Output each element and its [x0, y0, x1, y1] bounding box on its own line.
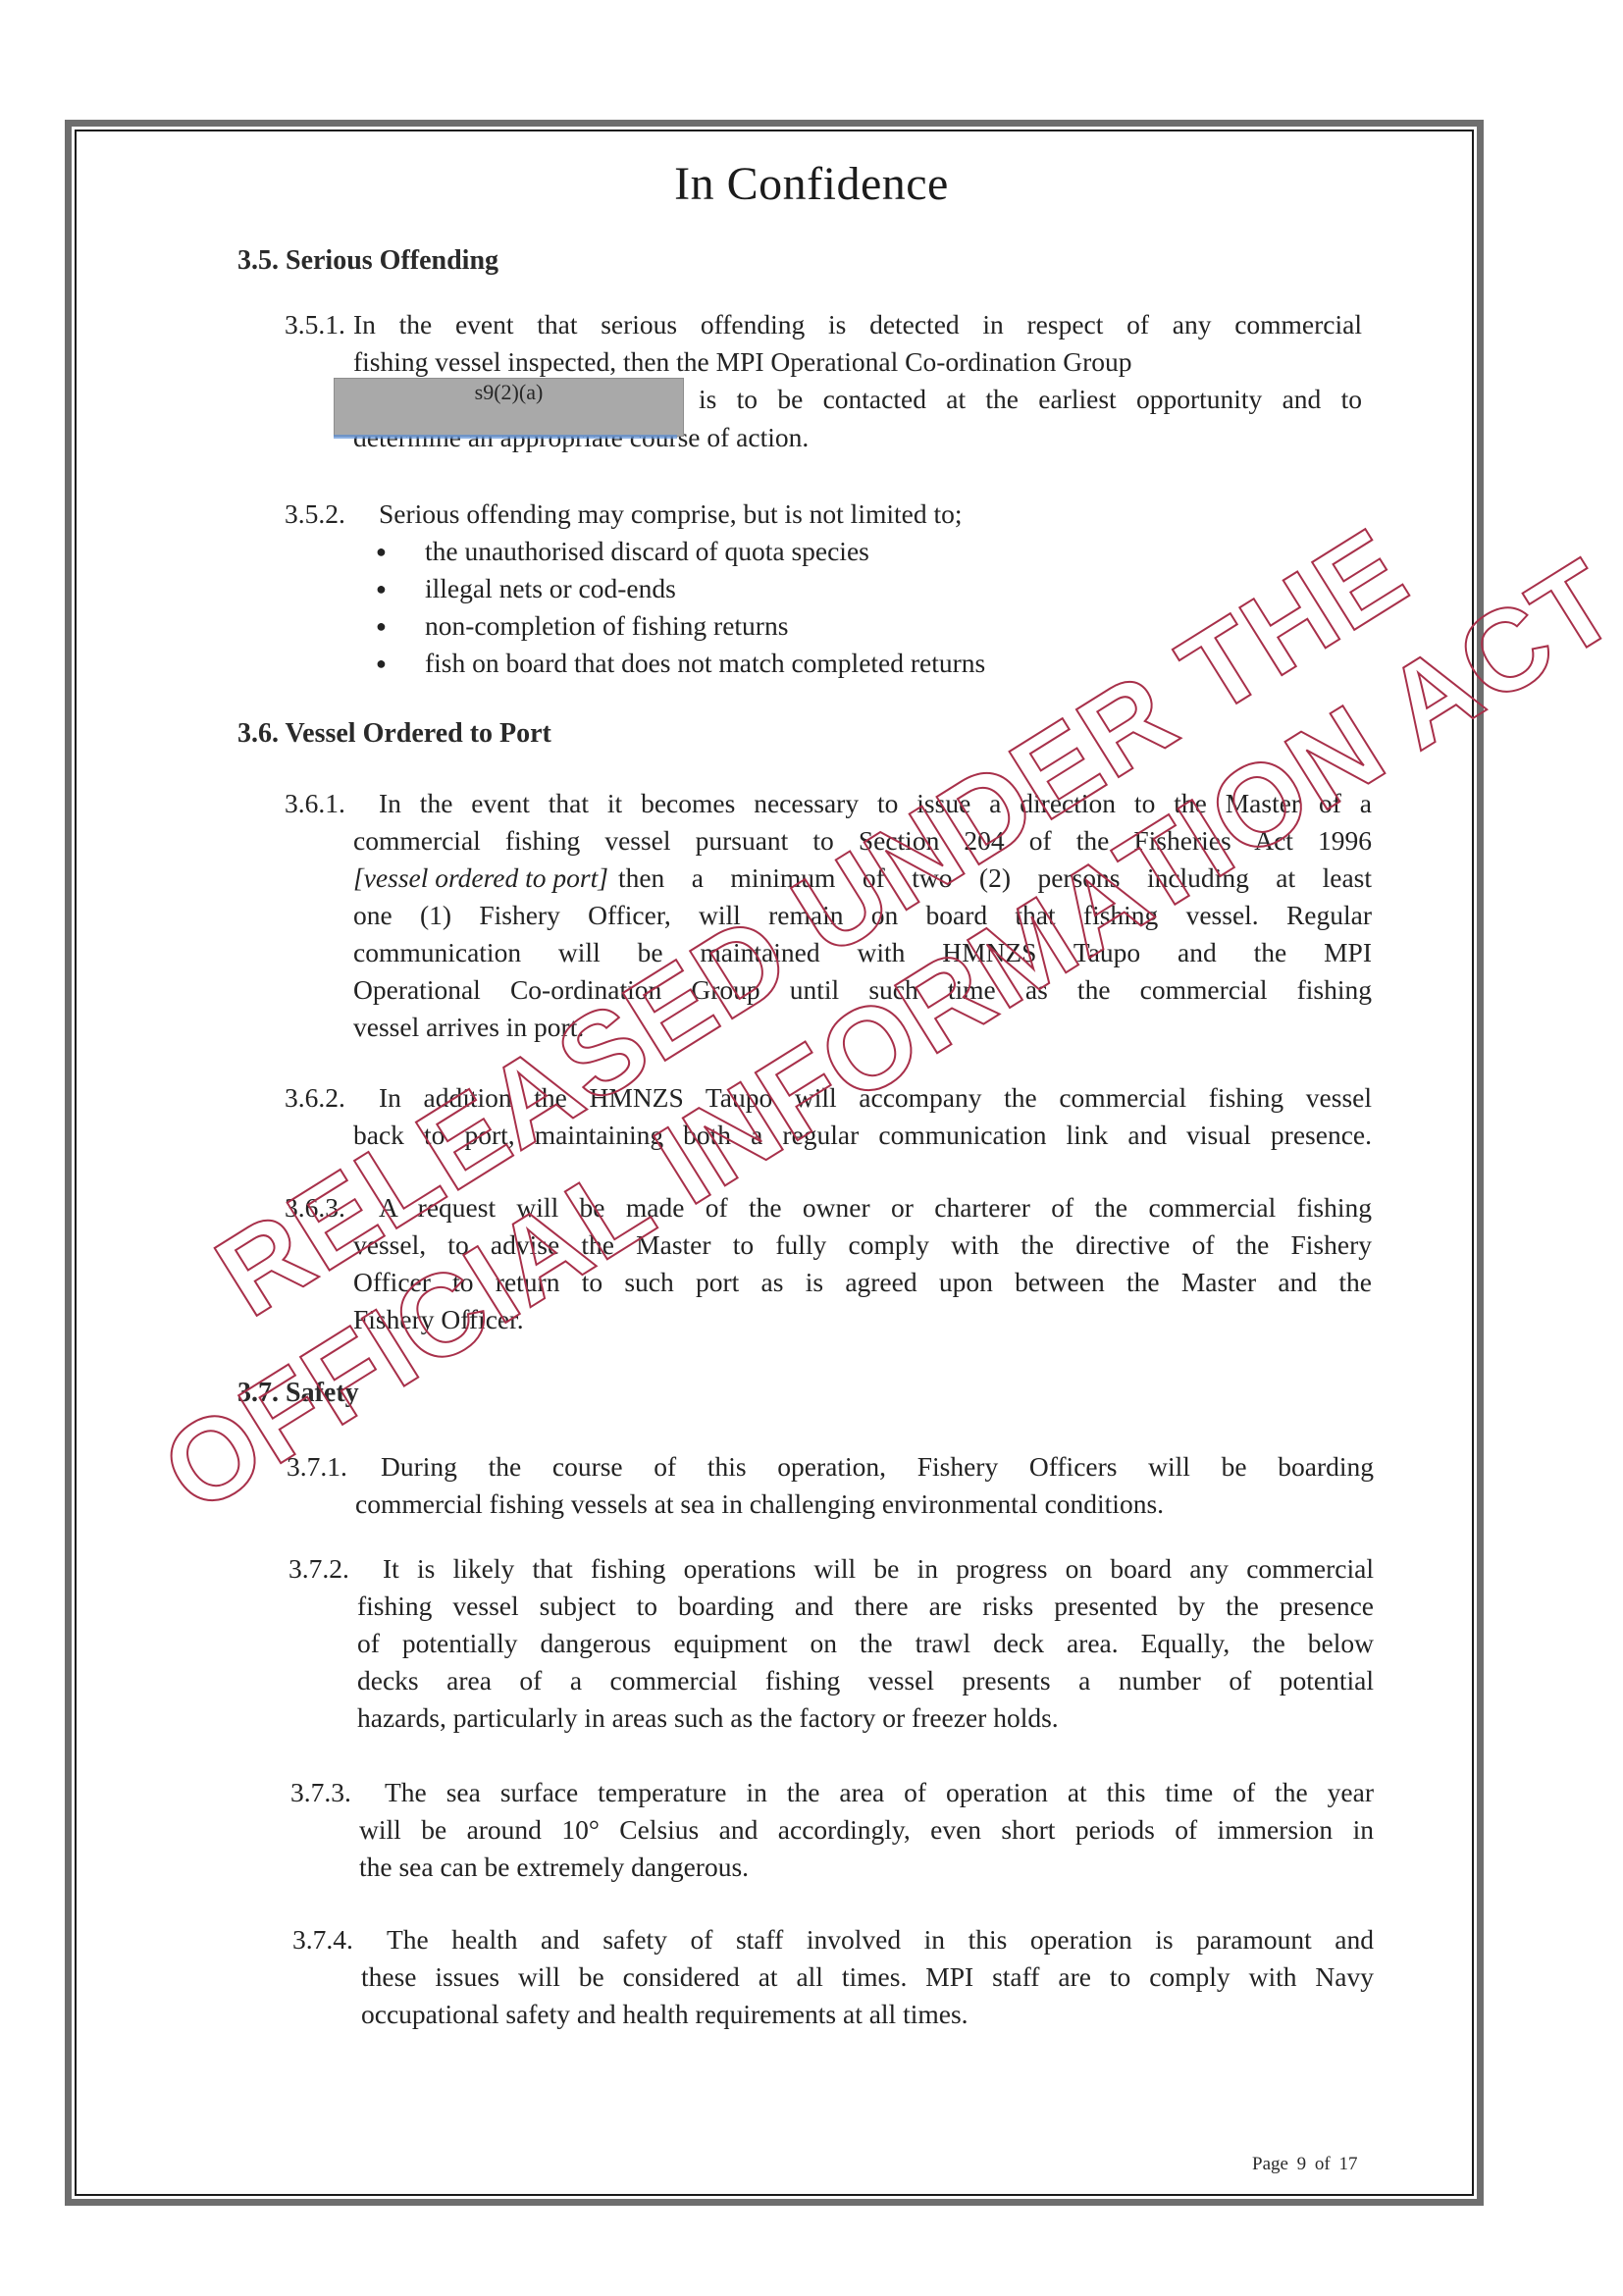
paragraph-line: vessel arrives in port. — [353, 1009, 1372, 1046]
paragraph-line: The sea surface temperature in the area … — [385, 1774, 1374, 1811]
paragraph-number: 3.7.1. — [287, 1448, 347, 1486]
paragraph-line: Fishery Officer. — [353, 1301, 1372, 1338]
paragraph-line: fishing vessel inspected, then the MPI O… — [353, 343, 1300, 381]
paragraph-line: back to port, maintaining both a regular… — [353, 1117, 1372, 1154]
paragraph-line: In the event that serious offending is d… — [353, 306, 1362, 343]
redaction-highlight-mark — [334, 435, 677, 439]
paragraph-line: Serious offending may comprise, but is n… — [379, 496, 1168, 533]
paragraph-line: is to be contacted at the earliest oppor… — [699, 381, 1362, 418]
paragraph-line: In the event that it becomes necessary t… — [379, 785, 1372, 822]
paragraph-number: 3.5.2. — [285, 496, 345, 533]
paragraph-line: Operational Co-ordination Group until su… — [353, 971, 1372, 1009]
redaction-box: s9(2)(a) — [334, 378, 684, 437]
paragraph-line: the sea can be extremely dangerous. — [359, 1849, 1374, 1886]
page-number: Page 9 of 17 — [1252, 2154, 1358, 2175]
paragraph-line-with-italic: [vessel ordered to port] then a minimum … — [353, 860, 1372, 897]
paragraph-line: one (1) Fishery Officer, will remain on … — [353, 897, 1372, 934]
paragraph-line-rest: then a minimum of two (2) persons includ… — [618, 860, 1372, 897]
section-heading-vessel-ordered-to-port: 3.6. Vessel Ordered to Port — [237, 718, 551, 750]
paragraph-3-5-1-line-3: is to be contacted at the earliest oppor… — [699, 381, 1362, 418]
list-item-text: the unauthorised discard of quota specie… — [425, 533, 869, 570]
list-item-text: non-completion of fishing returns — [425, 607, 788, 645]
bullet-icon: ● — [376, 570, 387, 607]
document-classification-title: In Confidence — [0, 157, 1623, 211]
bullet-icon: ● — [376, 533, 387, 570]
paragraph-line: commercial fishing vessels at sea in cha… — [355, 1486, 1374, 1523]
paragraph-number: 3.6.3. — [285, 1189, 345, 1226]
paragraph-line: It is likely that fishing operations wil… — [383, 1550, 1374, 1588]
bullet-icon: ● — [376, 645, 387, 682]
section-heading-safety: 3.7. Safety — [237, 1378, 359, 1409]
paragraph-line: these issues will be considered at all t… — [361, 1958, 1374, 1996]
paragraph-line: In addition the HMNZS Taupo will accompa… — [379, 1079, 1372, 1117]
paragraph-line: A request will be made of the owner or c… — [379, 1189, 1372, 1226]
paragraph-number: 3.7.2. — [288, 1550, 349, 1588]
redaction-label: s9(2)(a) — [475, 380, 544, 404]
paragraph-line: communication will be maintained with HM… — [353, 934, 1372, 971]
italic-phrase: [vessel ordered to port] — [353, 860, 608, 897]
paragraph-number: 3.5.1. — [285, 306, 345, 343]
paragraph-line: The health and safety of staff involved … — [387, 1921, 1374, 1958]
paragraph-line: During the course of this operation, Fis… — [381, 1448, 1374, 1486]
paragraph-number: 3.6.1. — [285, 785, 345, 822]
bullet-icon: ● — [376, 607, 387, 645]
paragraph-line: will be around 10° Celsius and according… — [359, 1811, 1374, 1849]
paragraph-line: of potentially dangerous equipment on th… — [357, 1625, 1374, 1662]
paragraph-line: vessel, to advise the Master to fully co… — [353, 1226, 1372, 1264]
list-item-text: fish on board that does not match comple… — [425, 645, 985, 682]
paragraph-number: 3.7.4. — [292, 1921, 353, 1958]
paragraph-line: Officer to return to such port as is agr… — [353, 1264, 1372, 1301]
paragraph-number: 3.6.2. — [285, 1079, 345, 1117]
paragraph-3-5-1-line-2: fishing vessel inspected, then the MPI O… — [353, 343, 1300, 381]
paragraph-line: hazards, particularly in areas such as t… — [357, 1699, 1374, 1737]
paragraph-line: fishing vessel subject to boarding and t… — [357, 1588, 1374, 1625]
paragraph-line: decks area of a commercial fishing vesse… — [357, 1662, 1374, 1699]
section-heading-serious-offending: 3.5. Serious Offending — [237, 245, 498, 277]
paragraph-line: occupational safety and health requireme… — [361, 1996, 1374, 2033]
list-item-text: illegal nets or cod-ends — [425, 570, 676, 607]
paragraph-number: 3.7.3. — [290, 1774, 351, 1811]
paragraph-line: commercial fishing vessel pursuant to Se… — [353, 822, 1372, 860]
